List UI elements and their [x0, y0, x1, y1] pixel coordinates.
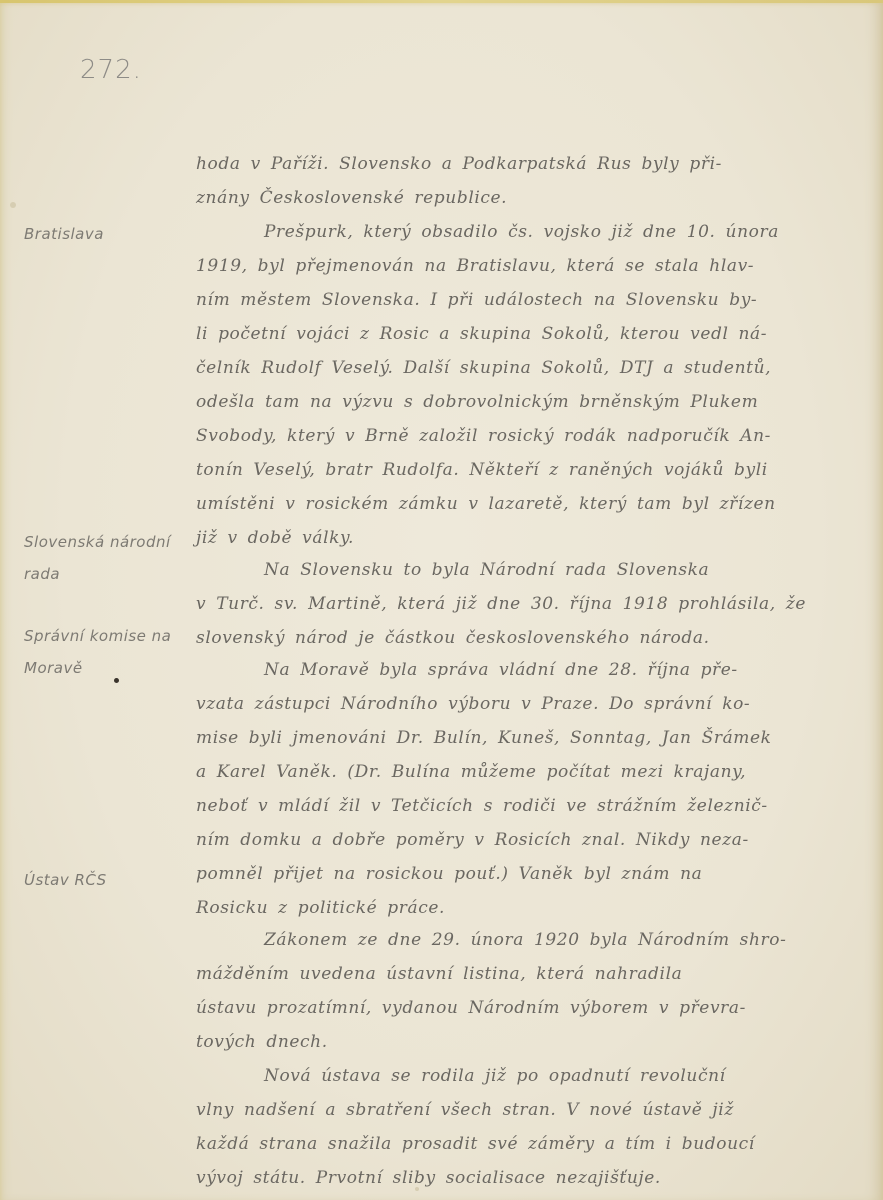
- text-line: slovenský národ je částkou československ…: [196, 628, 710, 648]
- page-number: 272.: [80, 55, 142, 85]
- text-line: odešla tam na výzvu s dobrovolnickým brn…: [196, 392, 758, 412]
- text-line: tových dnech.: [196, 1032, 328, 1052]
- text-line: pomněl přijet na rosickou pouť.) Vaněk b…: [196, 864, 702, 884]
- margin-note-line: Bratislava: [24, 218, 194, 250]
- document-page: 272. Bratislava Slovenská národní rada S…: [0, 0, 883, 1200]
- margin-note-line: Slovenská národní: [24, 526, 194, 558]
- margin-note-line: Moravě: [24, 652, 194, 684]
- text-line: vývoj státu. Prvotní sliby socialisace n…: [196, 1168, 661, 1188]
- page-top-edge: [0, 0, 883, 3]
- text-line: hoda v Paříži. Slovensko a Podkarpatská …: [196, 154, 722, 174]
- ink-speck: [114, 678, 119, 683]
- text-line: 1919, byl přejmenován na Bratislavu, kte…: [196, 256, 754, 276]
- paper-blemish: [415, 1187, 419, 1191]
- text-line: Svobody, který v Brně založil rosický ro…: [196, 426, 771, 446]
- margin-note-line: Správní komise na: [24, 620, 194, 652]
- text-line: Nová ústava se rodila již po opadnutí re…: [264, 1066, 726, 1086]
- text-line: ním domku a dobře poměry v Rosicích znal…: [196, 830, 749, 850]
- margin-note-line: rada: [24, 558, 194, 590]
- margin-note-ustav-rcs: Ústav RČS: [24, 864, 194, 896]
- paper-blemish: [10, 202, 16, 208]
- text-line: mise byli jmenováni Dr. Bulín, Kuneš, So…: [196, 728, 772, 748]
- text-line: ním městem Slovenska. I při událostech n…: [196, 290, 757, 310]
- margin-note-spravni-komise: Správní komise na Moravě: [24, 620, 194, 684]
- text-line: li početní vojáci z Rosic a skupina Soko…: [196, 324, 767, 344]
- text-line: Rosicku z politické práce.: [196, 898, 445, 918]
- text-line: umístěni v rosickém zámku v lazaretě, kt…: [196, 494, 776, 514]
- text-line: ústavu prozatímní, vydanou Národním výbo…: [196, 998, 746, 1018]
- text-line: tonín Veselý, bratr Rudolfa. Někteří z r…: [196, 460, 768, 480]
- text-line: čelník Rudolf Veselý. Další skupina Soko…: [196, 358, 771, 378]
- text-line: Na Slovensku to byla Národní rada Sloven…: [264, 560, 709, 580]
- text-line: Na Moravě byla správa vládní dne 28. říj…: [264, 660, 738, 680]
- margin-note-slovenska-narodni-rada: Slovenská národní rada: [24, 526, 194, 590]
- text-line: Zákonem ze dne 29. února 1920 byla Národ…: [264, 930, 786, 950]
- margin-note-line: Ústav RČS: [24, 864, 194, 896]
- text-line: neboť v mládí žil v Tetčicích s rodiči v…: [196, 796, 768, 816]
- text-line: v Turč. sv. Martině, která již dne 30. ř…: [196, 594, 806, 614]
- text-line: vlny nadšení a sbratření všech stran. V …: [196, 1100, 734, 1120]
- text-line: každá strana snažila prosadit své záměry…: [196, 1134, 755, 1154]
- text-line: mážděním uvedena ústavní listina, která …: [196, 964, 682, 984]
- margin-note-bratislava: Bratislava: [24, 218, 194, 250]
- text-line: a Karel Vaněk. (Dr. Bulína můžeme počíta…: [196, 762, 746, 782]
- text-line: znány Československé republice.: [196, 188, 507, 208]
- text-line: Prešpurk, který obsadilo čs. vojsko již …: [264, 222, 779, 242]
- text-line: již v době války.: [196, 528, 354, 548]
- text-line: vzata zástupci Národního výboru v Praze.…: [196, 694, 750, 714]
